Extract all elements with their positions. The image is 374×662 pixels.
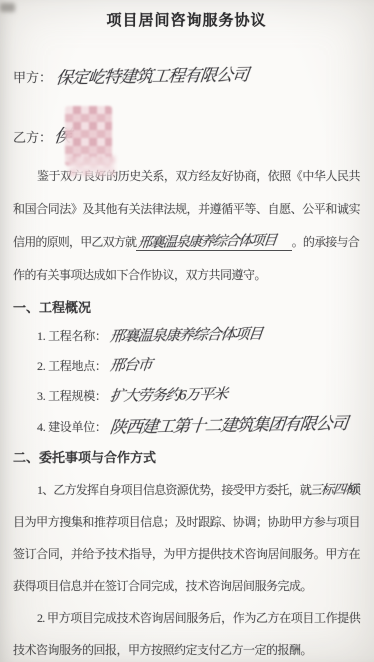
- project-scale-value-handwritten: 扩大劳务约6万平米: [108, 380, 228, 412]
- bid-section-fill-handwritten: 三标四标: [307, 474, 358, 507]
- project-name-label: 1. 工程名称：: [37, 329, 107, 343]
- preamble-line-2: 和国合同法》及其他有关法律法规，并遵循平等、自愿、公平和诚实: [13, 193, 360, 226]
- clause-2-line-2: 技术咨询服务的回报，甲方按照约定支付乙方一定的报酬。: [13, 634, 360, 662]
- photo-artifact-speck: [0, 3, 15, 12]
- document-content: 项目居间咨询服务协议 甲方：保定屹特建筑工程有限公司 乙方：侯 鉴于双方良好的历…: [0, 0, 374, 662]
- fill-in-blank-underline: 邢襄温泉康养综合体项目: [136, 235, 292, 251]
- preamble-line-3-printed-before: 信用的原则，甲乙双方就: [13, 235, 136, 249]
- preamble-paragraph: 鉴于双方良好的历史关系，双方经友好协商，依照《中华人民共 和国合同法》及其他有关…: [13, 160, 360, 292]
- party-a-label: 甲方：: [13, 70, 52, 85]
- construction-unit-value-handwritten: 陕西建工第十二建筑集团有限公司: [108, 409, 349, 443]
- clause-2-paragraph: 2. 甲方项目完成技术咨询居间服务后，作为乙方在项目工作提供 技术咨询服务的回报…: [13, 602, 360, 662]
- preamble-line-3-printed-after: 。的承接与合: [292, 235, 359, 249]
- project-location-item: 2. 工程地点：邢台市: [13, 351, 360, 381]
- project-overview-list: 1. 工程名称：邢襄温泉康养综合体项目 2. 工程地点：邢台市 3. 工程规模：…: [13, 321, 360, 442]
- clause-1-line-4: 获得项目信息并在签订合同完成，技术咨询居间服务完成。: [13, 570, 360, 602]
- preamble-line-4: 作的有关事项达成如下合作协议，双方共同遵守。: [13, 259, 360, 292]
- project-scale-label: 3. 工程规模：: [37, 389, 107, 403]
- clause-1-line-2: 目为甲方搜集和推荐项目信息；及时跟踪、协调；协助甲方参与项目: [13, 506, 360, 538]
- project-scale-item: 3. 工程规模：扩大劳务约6万平米: [13, 381, 360, 411]
- clause-1-line-1: 1、乙方发挥自身项目信息资源优势，接受甲方委托，就三标四标项: [13, 474, 360, 506]
- pink-mosaic-redaction: [65, 106, 112, 166]
- clause-1-line-3: 签订合同，并给予技术指导，为甲方提供技术咨询居间服务。甲方在: [13, 538, 360, 570]
- project-name-fill-handwritten: 邢襄温泉康养综合体项目: [136, 225, 277, 260]
- project-name-item: 1. 工程名称：邢襄温泉康养综合体项目: [13, 321, 360, 351]
- section-1-heading: 一、工程概况: [13, 295, 360, 321]
- project-name-value-handwritten: 邢襄温泉康养综合体项目: [108, 320, 263, 353]
- project-location-value-handwritten: 邢台市: [108, 351, 153, 382]
- page-title: 项目居间咨询服务协议: [13, 0, 360, 31]
- clause-1-paragraph: 1、乙方发挥自身项目信息资源优势，接受甲方委托，就三标四标项 目为甲方搜集和推荐…: [13, 474, 360, 602]
- section-2-heading: 二、委托事项与合作方式: [13, 445, 360, 471]
- clause-2-line-1: 2. 甲方项目完成技术咨询居间服务后，作为乙方在项目工作提供: [13, 602, 360, 634]
- preamble-line-3: 信用的原则，甲乙双方就邢襄温泉康养综合体项目。的承接与合: [13, 226, 360, 259]
- party-a-name-handwritten: 保定屹特建筑工程有限公司: [54, 62, 249, 91]
- construction-unit-label: 4. 建设单位：: [37, 420, 107, 434]
- party-b-line: 乙方：侯: [13, 123, 360, 151]
- document-photo-page: 项目居间咨询服务协议 甲方：保定屹特建筑工程有限公司 乙方：侯 鉴于双方良好的历…: [0, 0, 374, 662]
- clause-1-line-1-printed-before: 1、乙方发挥自身项目信息资源优势，接受甲方委托，就: [37, 483, 311, 497]
- party-b-label: 乙方：: [13, 130, 52, 145]
- project-location-label: 2. 工程地点：: [37, 359, 107, 373]
- construction-unit-item: 4. 建设单位：陕西建工第十二建筑集团有限公司: [13, 411, 360, 442]
- party-a-line: 甲方：保定屹特建筑工程有限公司: [13, 64, 360, 91]
